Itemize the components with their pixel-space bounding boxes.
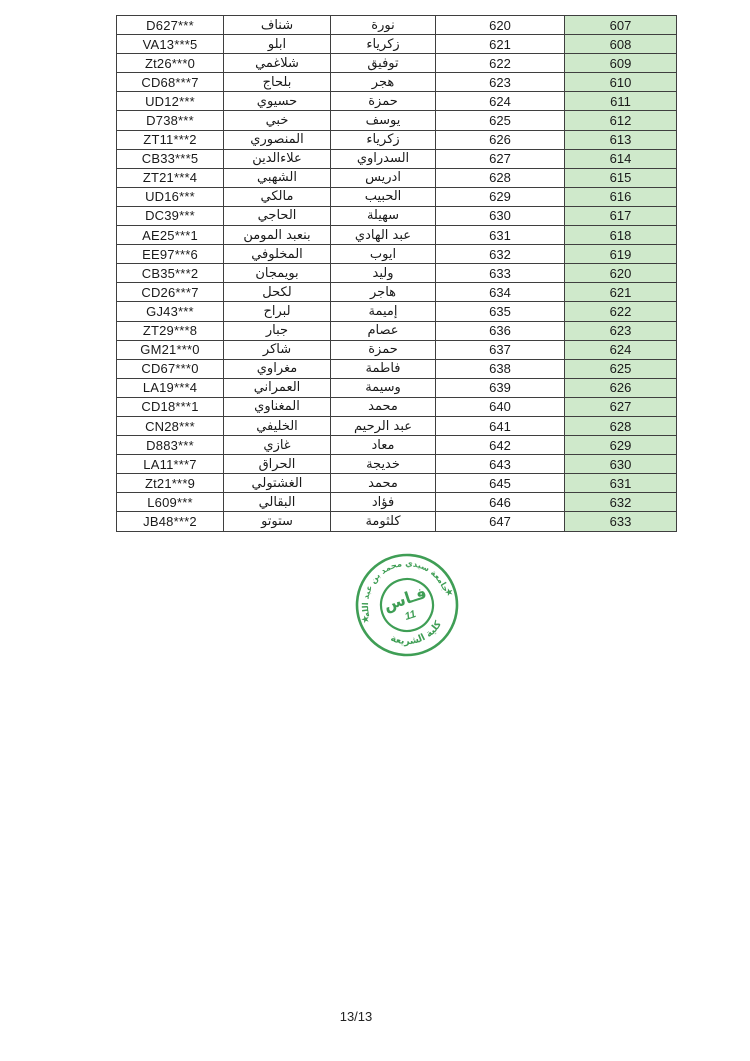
cell-highlighted-number: 608 [565,35,677,54]
document-page: D627*** شناف نورة 620 607 VA13***5 ابلو … [0,0,750,1061]
cell-last-name: الشهبي [224,168,331,187]
cell-last-name: العمراني [224,378,331,397]
cell-highlighted-number: 625 [565,359,677,378]
cell-last-name: بنعبد المومن [224,226,331,245]
results-table-body: D627*** شناف نورة 620 607 VA13***5 ابلو … [117,16,677,532]
cell-masked-code: CB33***5 [117,149,224,168]
cell-masked-code: LA19***4 [117,378,224,397]
cell-last-name: بويمجان [224,264,331,283]
stamp-number-text: 11 [403,608,417,623]
cell-masked-code: GM21***0 [117,340,224,359]
university-stamp: جامعة سيدي محمد بن عبد الله كلية الشريعة… [344,542,470,668]
stamp-graphic: جامعة سيدي محمد بن عبد الله كلية الشريعة… [344,542,470,668]
cell-serial-number: 643 [436,455,565,474]
cell-masked-code: Zt21***9 [117,474,224,493]
results-table: D627*** شناف نورة 620 607 VA13***5 ابلو … [116,15,677,532]
cell-masked-code: ZT29***8 [117,321,224,340]
cell-serial-number: 623 [436,73,565,92]
table-row: LA11***7 الحراق خديجة 643 630 [117,455,677,474]
cell-serial-number: 621 [436,35,565,54]
cell-serial-number: 645 [436,474,565,493]
cell-highlighted-number: 610 [565,73,677,92]
cell-first-name: حمزة [331,340,436,359]
cell-first-name: محمد [331,474,436,493]
stamp-bottom-arc-text: كلية الشريعة [386,617,448,655]
cell-serial-number: 625 [436,111,565,130]
cell-first-name: وليد [331,264,436,283]
cell-first-name: كلثومة [331,512,436,531]
cell-first-name: نورة [331,16,436,35]
cell-first-name: هاجر [331,283,436,302]
table-row: CD26***7 لكحل هاجر 634 621 [117,283,677,302]
cell-last-name: شناف [224,16,331,35]
cell-highlighted-number: 612 [565,111,677,130]
cell-first-name: ايوب [331,245,436,264]
table-row: UD12*** حسيوي حمزة 624 611 [117,92,677,111]
cell-masked-code: D627*** [117,16,224,35]
cell-masked-code: D738*** [117,111,224,130]
cell-highlighted-number: 629 [565,436,677,455]
cell-serial-number: 638 [436,359,565,378]
cell-last-name: لبراح [224,302,331,321]
cell-masked-code: LA11***7 [117,455,224,474]
cell-last-name: مغراوي [224,359,331,378]
cell-first-name: السدراوي [331,149,436,168]
cell-highlighted-number: 622 [565,302,677,321]
cell-highlighted-number: 619 [565,245,677,264]
cell-masked-code: GJ43*** [117,302,224,321]
cell-highlighted-number: 633 [565,512,677,531]
table-row: CB35***2 بويمجان وليد 633 620 [117,264,677,283]
cell-first-name: وسيمة [331,378,436,397]
cell-masked-code: CN28*** [117,416,224,435]
table-row: CD18***1 المغناوي محمد 640 627 [117,397,677,416]
cell-masked-code: VA13***5 [117,35,224,54]
svg-text:كلية الشريعة: كلية الشريعة [386,617,448,655]
cell-last-name: المنصوري [224,130,331,149]
cell-last-name: المغناوي [224,397,331,416]
cell-last-name: لكحل [224,283,331,302]
cell-serial-number: 627 [436,149,565,168]
cell-highlighted-number: 617 [565,206,677,225]
cell-masked-code: CD18***1 [117,397,224,416]
cell-first-name: حمزة [331,92,436,111]
table-row: Zt21***9 الغشتولي محمد 645 631 [117,474,677,493]
cell-last-name: ستوتو [224,512,331,531]
cell-highlighted-number: 614 [565,149,677,168]
cell-first-name: سهيلة [331,206,436,225]
cell-serial-number: 632 [436,245,565,264]
cell-first-name: خديجة [331,455,436,474]
table-row: CD67***0 مغراوي فاطمة 638 625 [117,359,677,378]
cell-masked-code: UD12*** [117,92,224,111]
cell-last-name: ابلو [224,35,331,54]
table-row: D627*** شناف نورة 620 607 [117,16,677,35]
cell-serial-number: 636 [436,321,565,340]
table-row: CD68***7 بلحاج هجر 623 610 [117,73,677,92]
cell-serial-number: 630 [436,206,565,225]
cell-masked-code: CD26***7 [117,283,224,302]
cell-last-name: بلحاج [224,73,331,92]
cell-first-name: فاطمة [331,359,436,378]
table-row: CB33***5 علاءالدين السدراوي 627 614 [117,149,677,168]
cell-last-name: الغشتولي [224,474,331,493]
cell-highlighted-number: 618 [565,226,677,245]
cell-serial-number: 646 [436,493,565,512]
cell-first-name: محمد [331,397,436,416]
cell-serial-number: 642 [436,436,565,455]
cell-highlighted-number: 626 [565,378,677,397]
table-row: EE97***6 المخلوفي ايوب 632 619 [117,245,677,264]
cell-masked-code: CD68***7 [117,73,224,92]
table-row: ZT21***4 الشهبي ادريس 628 615 [117,168,677,187]
cell-masked-code: CB35***2 [117,264,224,283]
table-row: GJ43*** لبراح إميمة 635 622 [117,302,677,321]
cell-masked-code: ZT11***2 [117,130,224,149]
cell-serial-number: 628 [436,168,565,187]
cell-serial-number: 633 [436,264,565,283]
cell-last-name: غازي [224,436,331,455]
table-row: ZT29***8 جبار عصام 636 623 [117,321,677,340]
cell-masked-code: CD67***0 [117,359,224,378]
cell-first-name: عبد الهادي [331,226,436,245]
cell-masked-code: ZT21***4 [117,168,224,187]
cell-serial-number: 637 [436,340,565,359]
cell-last-name: المخلوفي [224,245,331,264]
cell-serial-number: 620 [436,16,565,35]
table-row: ZT11***2 المنصوري زكرياء 626 613 [117,130,677,149]
cell-highlighted-number: 630 [565,455,677,474]
cell-first-name: إميمة [331,302,436,321]
cell-first-name: زكرياء [331,35,436,54]
table-row: LA19***4 العمراني وسيمة 639 626 [117,378,677,397]
page-number: 13/13 [0,1009,712,1024]
cell-first-name: عصام [331,321,436,340]
cell-last-name: مالكي [224,187,331,206]
cell-highlighted-number: 628 [565,416,677,435]
table-row: DC39*** الحاجي سهيلة 630 617 [117,206,677,225]
cell-last-name: الحاجي [224,206,331,225]
cell-masked-code: DC39*** [117,206,224,225]
cell-highlighted-number: 609 [565,54,677,73]
table-row: CN28*** الخليفي عبد الرحيم 641 628 [117,416,677,435]
cell-masked-code: D883*** [117,436,224,455]
cell-highlighted-number: 611 [565,92,677,111]
cell-masked-code: EE97***6 [117,245,224,264]
cell-last-name: حسيوي [224,92,331,111]
cell-last-name: جبار [224,321,331,340]
cell-serial-number: 622 [436,54,565,73]
cell-highlighted-number: 613 [565,130,677,149]
cell-first-name: توفيق [331,54,436,73]
cell-first-name: عبد الرحيم [331,416,436,435]
cell-last-name: البقالي [224,493,331,512]
table-row: D738*** خبي يوسف 625 612 [117,111,677,130]
cell-serial-number: 626 [436,130,565,149]
table-row: D883*** غازي معاد 642 629 [117,436,677,455]
cell-last-name: شلاغمي [224,54,331,73]
cell-serial-number: 634 [436,283,565,302]
cell-serial-number: 629 [436,187,565,206]
cell-masked-code: AE25***1 [117,226,224,245]
table-row: AE25***1 بنعبد المومن عبد الهادي 631 618 [117,226,677,245]
cell-serial-number: 647 [436,512,565,531]
cell-highlighted-number: 615 [565,168,677,187]
cell-highlighted-number: 607 [565,16,677,35]
cell-serial-number: 631 [436,226,565,245]
cell-highlighted-number: 627 [565,397,677,416]
cell-masked-code: UD16*** [117,187,224,206]
table-row: UD16*** مالكي الحبيب 629 616 [117,187,677,206]
cell-first-name: فؤاد [331,493,436,512]
cell-first-name: هجر [331,73,436,92]
table-row: GM21***0 شاكر حمزة 637 624 [117,340,677,359]
cell-last-name: شاكر [224,340,331,359]
cell-first-name: زكرياء [331,130,436,149]
cell-first-name: يوسف [331,111,436,130]
cell-serial-number: 624 [436,92,565,111]
cell-serial-number: 639 [436,378,565,397]
table-row: JB48***2 ستوتو كلثومة 647 633 [117,512,677,531]
cell-first-name: الحبيب [331,187,436,206]
cell-last-name: علاءالدين [224,149,331,168]
cell-highlighted-number: 623 [565,321,677,340]
cell-highlighted-number: 621 [565,283,677,302]
cell-highlighted-number: 620 [565,264,677,283]
cell-highlighted-number: 616 [565,187,677,206]
cell-highlighted-number: 631 [565,474,677,493]
table-row: VA13***5 ابلو زكرياء 621 608 [117,35,677,54]
cell-masked-code: L609*** [117,493,224,512]
cell-first-name: معاد [331,436,436,455]
cell-last-name: خبي [224,111,331,130]
cell-highlighted-number: 632 [565,493,677,512]
cell-serial-number: 635 [436,302,565,321]
cell-highlighted-number: 624 [565,340,677,359]
cell-last-name: الحراق [224,455,331,474]
cell-masked-code: JB48***2 [117,512,224,531]
table-row: L609*** البقالي فؤاد 646 632 [117,493,677,512]
cell-serial-number: 640 [436,397,565,416]
cell-first-name: ادريس [331,168,436,187]
cell-last-name: الخليفي [224,416,331,435]
table-row: Zt26***0 شلاغمي توفيق 622 609 [117,54,677,73]
cell-masked-code: Zt26***0 [117,54,224,73]
cell-serial-number: 641 [436,416,565,435]
